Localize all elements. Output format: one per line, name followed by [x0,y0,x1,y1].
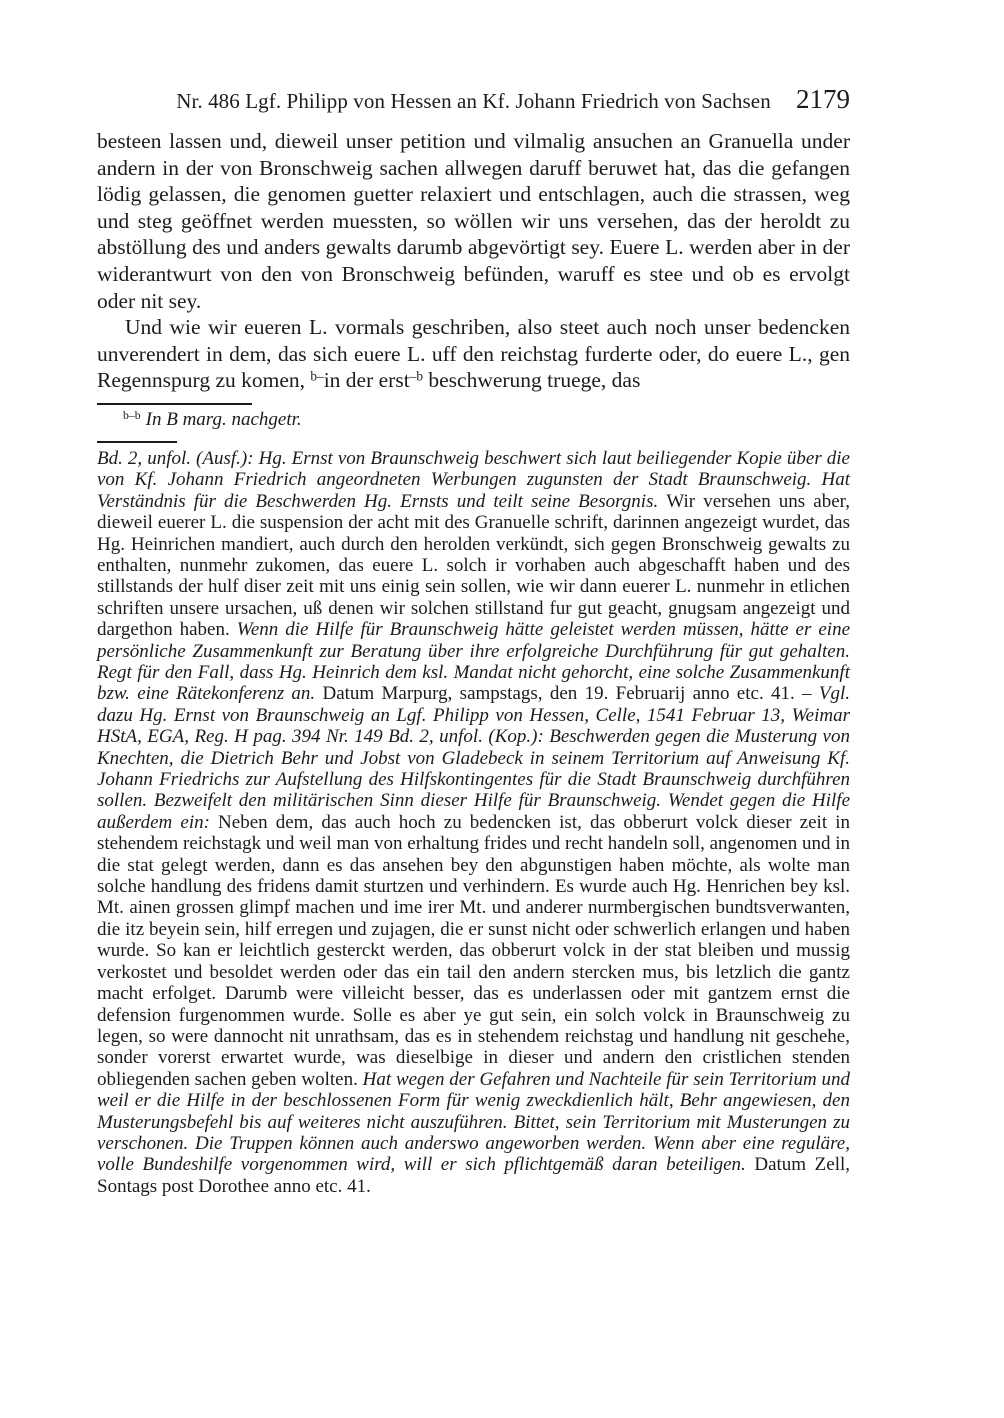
body-paragraph-2-noted-text: in der erst [324,368,410,392]
variant-note-text: In B marg. nachgetr. [146,409,302,430]
variant-marker-open: b– [310,369,323,384]
variant-marker-close: –b [410,369,423,384]
main-text-block: besteen lassen und, dieweil unser petiti… [97,128,850,394]
variant-note: b–bIn B marg. nachgetr. [97,408,850,432]
body-paragraph-1: besteen lassen und, dieweil unser petiti… [97,128,850,314]
apparatus-separator-rule [97,441,177,443]
body-paragraph-2: Und wie wir eueren L. vormals geschriben… [97,314,850,394]
apparatus-run-quotation: Wir versehen uns aber, dieweil euerer L.… [97,491,850,640]
body-paragraph-2-text-after: beschwerung truege, das [423,368,640,392]
apparatus-note: Bd. 2, unfol. (Ausf.): Hg. Ernst von Bra… [97,448,850,1197]
book-page: Nr. 486 Lgf. Philipp von Hessen an Kf. J… [97,84,850,1197]
apparatus-run-quotation: Neben dem, das auch hoch zu bedencken is… [97,812,850,1090]
variant-note-marker: b–b [123,409,141,422]
apparatus-run-dateline: Datum Marpurg, sampstags, den 19. Februa… [322,683,818,704]
apparatus-run-reference: Vgl. dazu Hg. Ernst von Braunschweig an … [97,683,850,832]
running-header-title: Nr. 486 Lgf. Philipp von Hessen an Kf. J… [97,89,850,114]
variant-note-separator-rule [97,403,252,405]
page-number: 2179 [796,84,850,115]
running-header: Nr. 486 Lgf. Philipp von Hessen an Kf. J… [97,84,850,116]
